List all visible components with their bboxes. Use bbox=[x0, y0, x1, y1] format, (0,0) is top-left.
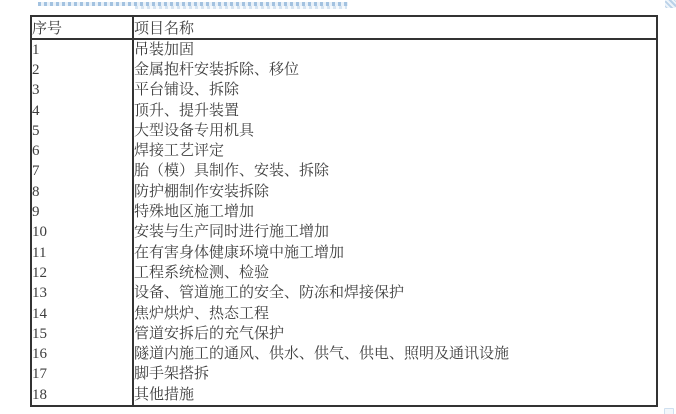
row-serial-number: 3 bbox=[31, 81, 133, 101]
row-serial-number: 17 bbox=[31, 365, 133, 385]
row-serial-number: 10 bbox=[31, 223, 133, 243]
row-serial-number: 4 bbox=[31, 101, 133, 121]
selection-marquee-secondary-dash bbox=[135, 6, 347, 9]
table-row: 3平台铺设、拆除 bbox=[31, 81, 657, 101]
row-serial-number: 14 bbox=[31, 304, 133, 324]
row-serial-number: 5 bbox=[31, 121, 133, 141]
table-row: 16隧道内施工的通风、供水、供气、供电、照明及通讯设施 bbox=[31, 344, 657, 364]
row-project-name: 安装与生产同时进行施工增加 bbox=[133, 223, 657, 243]
table-row: 17脚手架搭拆 bbox=[31, 365, 657, 385]
row-serial-number: 9 bbox=[31, 202, 133, 222]
row-project-name: 脚手架搭拆 bbox=[133, 365, 657, 385]
row-serial-number: 6 bbox=[31, 141, 133, 161]
selection-handle-top-right bbox=[665, 0, 676, 8]
table-body: 1吊装加固2金属抱杆安装拆除、移位3平台铺设、拆除4顶升、提升装置5大型设备专用… bbox=[31, 39, 657, 406]
row-serial-number: 16 bbox=[31, 344, 133, 364]
row-serial-number: 12 bbox=[31, 263, 133, 283]
row-project-name: 特殊地区施工增加 bbox=[133, 202, 657, 222]
table-row: 9特殊地区施工增加 bbox=[31, 202, 657, 222]
header-row: 序号 项目名称 bbox=[31, 16, 657, 39]
header-cell-serial-number: 序号 bbox=[31, 16, 133, 39]
table-row: 2金属抱杆安装拆除、移位 bbox=[31, 60, 657, 80]
table-row: 1吊装加固 bbox=[31, 39, 657, 60]
row-project-name: 其他措施 bbox=[133, 385, 657, 406]
table-row: 5大型设备专用机具 bbox=[31, 121, 657, 141]
row-project-name: 防护棚制作安装拆除 bbox=[133, 182, 657, 202]
row-project-name: 金属抱杆安装拆除、移位 bbox=[133, 60, 657, 80]
header-cell-project-name: 项目名称 bbox=[133, 16, 657, 39]
row-project-name: 平台铺设、拆除 bbox=[133, 81, 657, 101]
table-row: 10安装与生产同时进行施工增加 bbox=[31, 223, 657, 243]
row-project-name: 在有害身体健康环境中施工增加 bbox=[133, 243, 657, 263]
row-project-name: 大型设备专用机具 bbox=[133, 121, 657, 141]
table-row: 15管道安拆后的充气保护 bbox=[31, 324, 657, 344]
row-serial-number: 8 bbox=[31, 182, 133, 202]
project-items-table: 序号 项目名称 1吊装加固2金属抱杆安装拆除、移位3平台铺设、拆除4顶升、提升装… bbox=[30, 15, 658, 407]
table-row: 7胎（模）具制作、安装、拆除 bbox=[31, 162, 657, 182]
row-project-name: 顶升、提升装置 bbox=[133, 101, 657, 121]
table-row: 18其他措施 bbox=[31, 385, 657, 406]
selection-handle-bottom-right bbox=[664, 408, 674, 414]
row-project-name: 管道安拆后的充气保护 bbox=[133, 324, 657, 344]
row-project-name: 隧道内施工的通风、供水、供气、供电、照明及通讯设施 bbox=[133, 344, 657, 364]
table-row: 8防护棚制作安装拆除 bbox=[31, 182, 657, 202]
page: 序号 项目名称 1吊装加固2金属抱杆安装拆除、移位3平台铺设、拆除4顶升、提升装… bbox=[0, 0, 676, 414]
row-serial-number: 13 bbox=[31, 284, 133, 304]
row-project-name: 设备、管道施工的安全、防冻和焊接保护 bbox=[133, 284, 657, 304]
row-serial-number: 18 bbox=[31, 385, 133, 406]
table-row: 11在有害身体健康环境中施工增加 bbox=[31, 243, 657, 263]
row-project-name: 工程系统检测、检验 bbox=[133, 263, 657, 283]
table-row: 13设备、管道施工的安全、防冻和焊接保护 bbox=[31, 284, 657, 304]
row-serial-number: 1 bbox=[31, 39, 133, 60]
table-row: 4顶升、提升装置 bbox=[31, 101, 657, 121]
table-header: 序号 项目名称 bbox=[31, 16, 657, 39]
row-serial-number: 2 bbox=[31, 60, 133, 80]
row-serial-number: 11 bbox=[31, 243, 133, 263]
row-project-name: 焦炉烘炉、热态工程 bbox=[133, 304, 657, 324]
table-row: 12工程系统检测、检验 bbox=[31, 263, 657, 283]
row-serial-number: 7 bbox=[31, 162, 133, 182]
table-row: 14焦炉烘炉、热态工程 bbox=[31, 304, 657, 324]
row-project-name: 焊接工艺评定 bbox=[133, 141, 657, 161]
row-serial-number: 15 bbox=[31, 324, 133, 344]
table-row: 6焊接工艺评定 bbox=[31, 141, 657, 161]
row-project-name: 胎（模）具制作、安装、拆除 bbox=[133, 162, 657, 182]
row-project-name: 吊装加固 bbox=[133, 39, 657, 60]
